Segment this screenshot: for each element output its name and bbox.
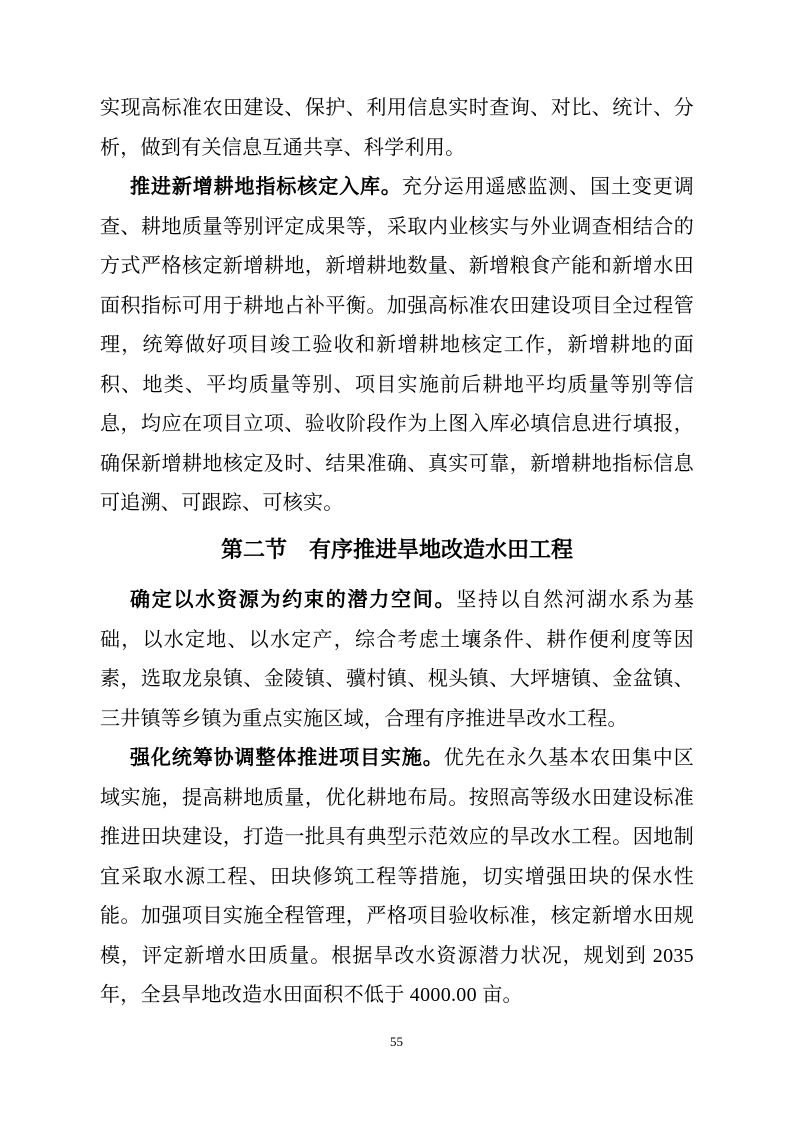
paragraph-lead-bold: 确定以水资源为约束的潜力空间。 bbox=[130, 589, 456, 611]
paragraph-body-text: 优先在永久基本农田集中区域实施，提高耕地质量，优化耕地布局。按照高等级水田建设标… bbox=[100, 747, 694, 1006]
paragraph-lead-bold: 推进新增耕地指标核定入库。 bbox=[130, 176, 402, 198]
paragraph-info-sharing-continuation: 实现高标准农田建设、保护、利用信息实时查询、对比、统计、分析，做到有关信息互通共… bbox=[100, 89, 694, 168]
section-heading: 第二节 有序推进旱地改造水田工程 bbox=[100, 530, 694, 570]
page-content: 实现高标准农田建设、保护、利用信息实时查询、对比、统计、分析，做到有关信息互通共… bbox=[100, 89, 694, 1016]
paragraph-project-implementation: 强化统筹协调整体推进项目实施。优先在永久基本农田集中区域实施，提高耕地质量，优化… bbox=[100, 739, 694, 1016]
document-page: 实现高标准农田建设、保护、利用信息实时查询、对比、统计、分析，做到有关信息互通共… bbox=[0, 0, 793, 1122]
paragraph-lead-bold: 强化统筹协调整体推进项目实施。 bbox=[130, 747, 444, 769]
page-number: 55 bbox=[0, 1034, 793, 1050]
paragraph-water-resource-potential: 确定以水资源为约束的潜力空间。坚持以自然河湖水系为基础，以水定地、以水定产，综合… bbox=[100, 581, 694, 739]
paragraph-new-farmland-indicator-registration: 推进新增耕地指标核定入库。充分运用遥感监测、国土变更调查、耕地质量等别评定成果等… bbox=[100, 168, 694, 524]
paragraph-body-text: 充分运用遥感监测、国土变更调查、耕地质量等别评定成果等，采取内业核实与外业调查相… bbox=[100, 176, 694, 514]
